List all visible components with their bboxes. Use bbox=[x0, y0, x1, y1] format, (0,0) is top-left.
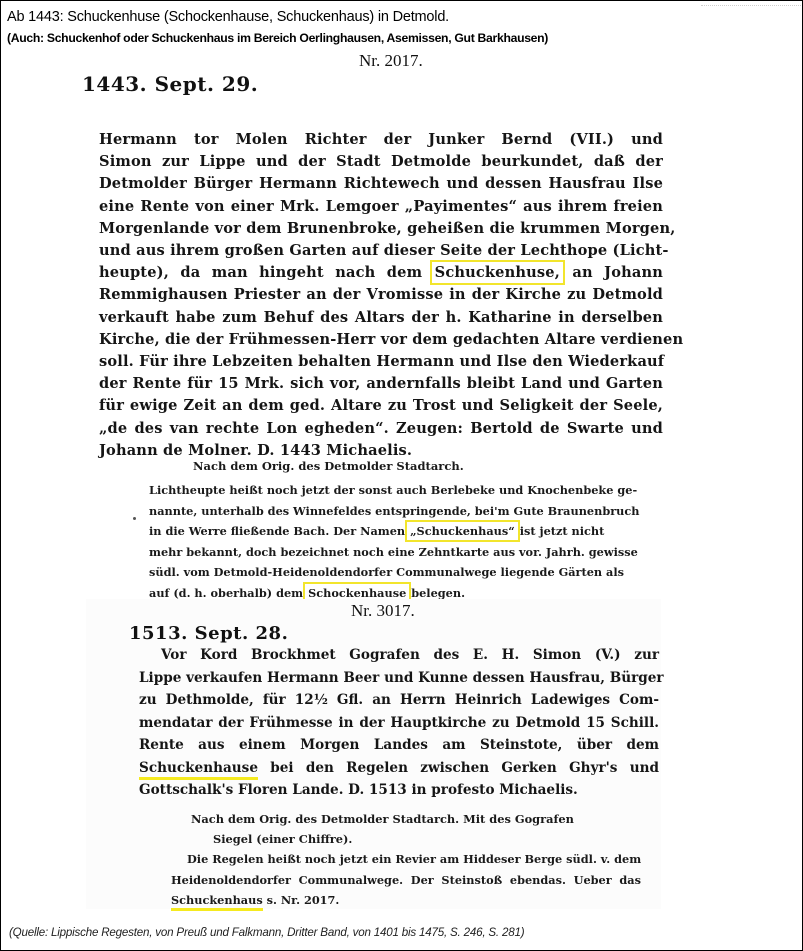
text-line: Nach dem Orig. des Detmolder Stadtarch. … bbox=[191, 809, 574, 829]
text-line: Vor Kord Brockhmet Gografen des E. H. Si… bbox=[139, 644, 659, 667]
page-title: Ab 1443: Schuckenhuse (Schockenhause, Sc… bbox=[7, 9, 449, 25]
highlight-schuckenhause: Schuckenhause bbox=[139, 760, 258, 780]
text-line: Schuckenhaus s. Nr. 2017. bbox=[171, 890, 641, 911]
text-fragment: bei den Regelen zwischen Gerken Ghyr's u… bbox=[270, 760, 659, 776]
document-page: Ab 1443: Schuckenhuse (Schockenhause, Sc… bbox=[0, 0, 803, 951]
source-citation: (Quelle: Lippische Regesten, von Preuß u… bbox=[9, 926, 524, 939]
text-line: heupte), da man hingeht nach dem Schucke… bbox=[99, 262, 663, 284]
text-fragment: s. Nr. 2017. bbox=[267, 893, 340, 907]
text-line: Siegel (einer Chiffre). bbox=[191, 829, 574, 849]
text-line: und aus ihrem großen Garten auf dieser S… bbox=[99, 240, 663, 262]
text-line: „de des van rechte Lon egheden“. Zeugen:… bbox=[99, 418, 663, 440]
text-fragment: belegen. bbox=[411, 586, 465, 600]
entry1-footnote: Lichtheupte heißt noch jetzt der sonst a… bbox=[149, 480, 573, 603]
text-line: mendatar der Frühmesse in der Hauptkirch… bbox=[139, 712, 659, 735]
highlight-schuckenhuse: Schuckenhuse, bbox=[434, 264, 561, 281]
text-line: Simon zur Lippe und der Stadt Detmolde b… bbox=[99, 151, 663, 173]
text-line: Die Regelen heißt noch jetzt ein Revier … bbox=[171, 849, 641, 870]
text-line: südl. vom Detmold-Heidenoldendorfer Comm… bbox=[149, 562, 573, 583]
text-line: Lippe verkaufen Hermann Beer und Kunne d… bbox=[139, 667, 659, 690]
text-line: Kirche, die der Frühmessen-Herr vor dem … bbox=[99, 329, 663, 351]
text-line: nannte, unterhalb des Winnefeldes entspr… bbox=[149, 501, 573, 522]
text-line: Lichtheupte heißt noch jetzt der sonst a… bbox=[149, 480, 573, 501]
text-line: soll. Für ihre Lebzeiten behalten Herman… bbox=[99, 351, 663, 373]
text-line: mehr bekannt, doch bezeichnet noch eine … bbox=[149, 542, 573, 563]
text-fragment: heupte), da man hingeht nach dem bbox=[99, 264, 422, 281]
text-line: Gottschalk's Floren Lande. D. 1513 in pr… bbox=[139, 779, 659, 802]
entry2-source: Nach dem Orig. des Detmolder Stadtarch. … bbox=[191, 809, 574, 849]
entry2-body: Vor Kord Brockhmet Gografen des E. H. Si… bbox=[139, 644, 659, 802]
text-line: eine Rente von einer Mrk. Lemgoer „Payim… bbox=[99, 196, 663, 218]
scan-speck bbox=[133, 517, 136, 520]
text-line: der Rente für 15 Mrk. sich vor, andernfa… bbox=[99, 373, 663, 395]
page-subtitle: (Auch: Schuckenhof oder Schuckenhaus im … bbox=[7, 31, 548, 45]
text-line: verkauft habe zum Behuf des Altars der h… bbox=[99, 307, 663, 329]
text-line: für ewige Zeit an dem ged. Altare zu Tro… bbox=[99, 395, 663, 417]
entry1-date: 1443. Sept. 29. bbox=[82, 72, 258, 96]
text-line: in die Werre fließende Bach. Der Namen „… bbox=[149, 521, 573, 542]
scan-edge-divider bbox=[701, 5, 801, 6]
highlight-schuckenhaus-2: Schuckenhaus bbox=[171, 893, 263, 911]
text-line: zu Dethmolde, für 12½ Gfl. an Herrn Hein… bbox=[139, 689, 659, 712]
text-line: Heidenoldendorfer Communalwege. Der Stei… bbox=[171, 870, 641, 891]
entry2-number: Nr. 3017. bbox=[351, 601, 415, 621]
entry1-body: Hermann tor Molen Richter der Junker Ber… bbox=[99, 129, 663, 462]
text-line: Remmighausen Priester an der Vromisse in… bbox=[99, 284, 663, 306]
entry2-date: 1513. Sept. 28. bbox=[129, 623, 288, 644]
text-line: Rente aus einem Morgen Landes am Steinst… bbox=[139, 734, 659, 757]
text-fragment: auf (d. h. oberhalb) dem bbox=[149, 586, 303, 600]
text-line: Hermann tor Molen Richter der Junker Ber… bbox=[99, 129, 663, 151]
text-line: Detmolder Bürger Hermann Richtewech und … bbox=[99, 173, 663, 195]
text-fragment: in die Werre fließende Bach. Der Namen bbox=[149, 524, 405, 538]
entry1-source: Nach dem Orig. des Detmolder Stadtarch. bbox=[193, 459, 464, 473]
highlight-schuckenhaus: „Schuckenhaus“ bbox=[409, 524, 516, 538]
text-fragment: ist jetzt nicht bbox=[520, 524, 605, 538]
entry2-footnote: Die Regelen heißt noch jetzt ein Revier … bbox=[171, 849, 641, 911]
text-line: Schuckenhause bei den Regelen zwischen G… bbox=[139, 757, 659, 780]
highlight-schockenhause: Schockenhause bbox=[307, 586, 407, 600]
text-fragment: an Johann bbox=[572, 264, 663, 281]
entry1-number: Nr. 2017. bbox=[359, 51, 423, 71]
text-line: Morgenlande vor dem Brunenbroke, geheiße… bbox=[99, 218, 663, 240]
